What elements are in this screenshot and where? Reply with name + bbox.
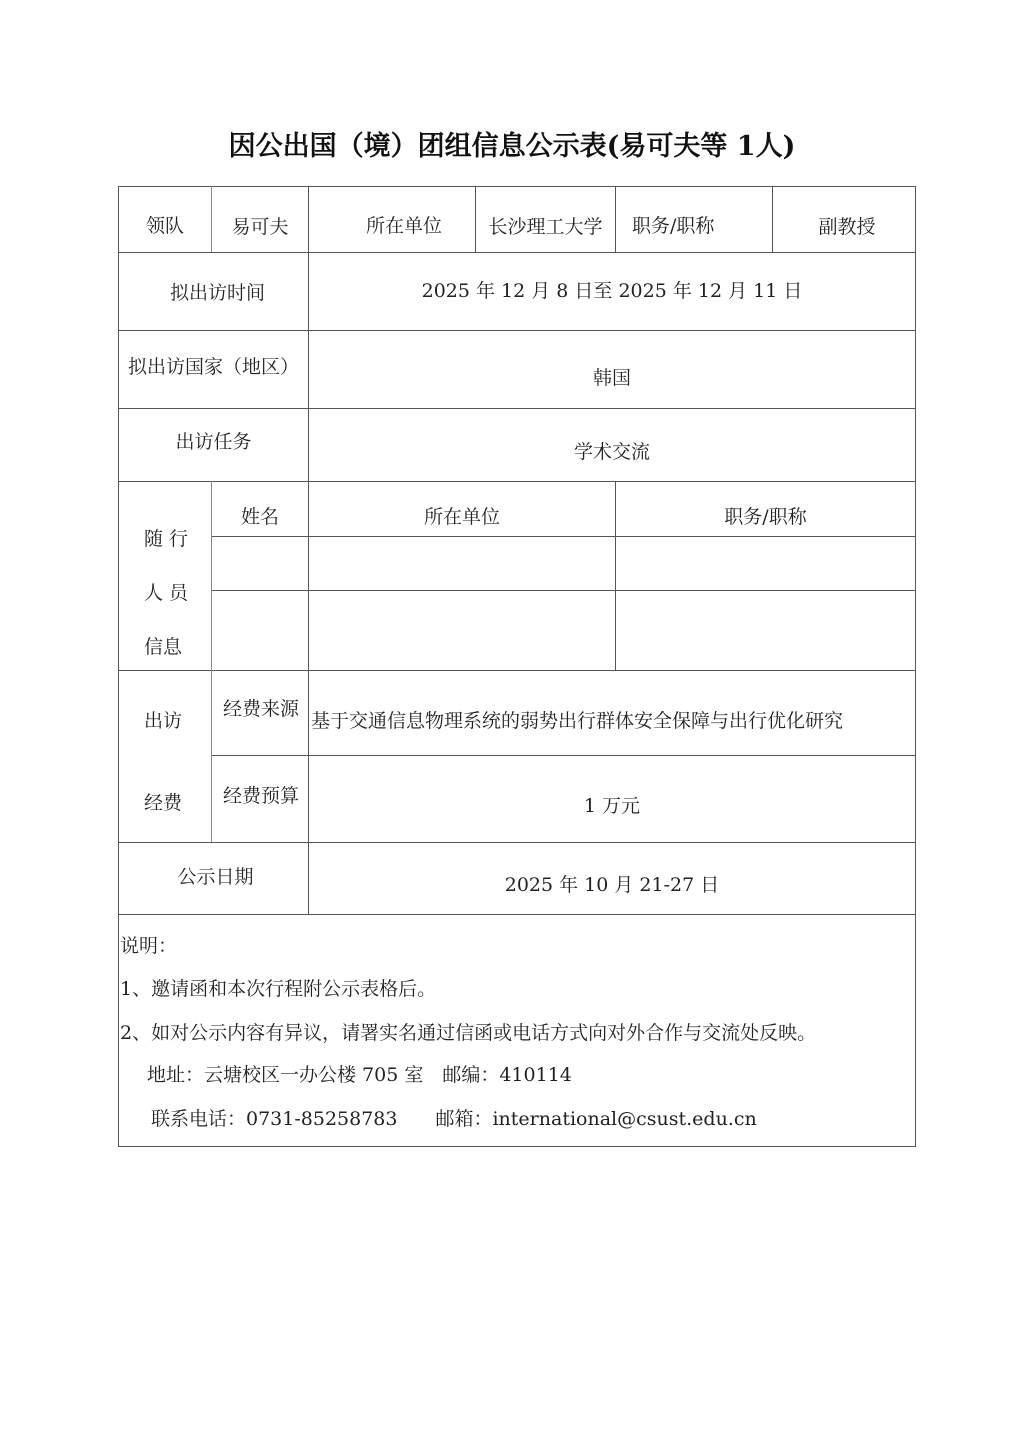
funding-budget-value: 1 万元 [309, 756, 915, 842]
notes-item-1: 1、邀请函和本次行程附公示表格后。 [120, 974, 436, 1001]
position-label: 职务/职称 [616, 187, 772, 252]
companions-header-unit: 所在单位 [309, 482, 615, 536]
position-value: 副教授 [773, 187, 915, 252]
companions-label-line3: 信息 [144, 632, 182, 659]
notes-contact: 联系电话：0731-85258783 邮箱：international@csus… [151, 1104, 757, 1131]
companion-1-name [212, 537, 308, 590]
publicity-date-label: 公示日期 [119, 843, 308, 914]
leader-label: 领队 [119, 187, 211, 252]
funding-label-line1: 出访 [144, 706, 182, 733]
companions-header-position: 职务/职称 [616, 482, 915, 536]
visit-time-value: 2025 年 12 月 8 日至 2025 年 12 月 11 日 [309, 253, 915, 330]
visit-task-label: 出访任务 [119, 409, 308, 481]
companions-header-name: 姓名 [212, 482, 308, 536]
visit-task-value: 学术交流 [309, 409, 915, 481]
companions-label-line2: 人 员 [144, 578, 188, 605]
companion-1-position [616, 537, 915, 590]
unit-value: 长沙理工大学 [476, 187, 615, 252]
companion-2-name [212, 591, 308, 670]
funding-budget-label: 经费预算 [212, 756, 308, 842]
page-title: 因公出国（境）团组信息公示表(易可夫等 1人) [0, 124, 1024, 163]
visit-country-label: 拟出访国家（地区） [119, 331, 308, 408]
notes-heading: 说明： [120, 931, 177, 958]
notes-address: 地址：云塘校区一办公楼 705 室 邮编：410114 [147, 1060, 572, 1087]
funding-source-label: 经费来源 [212, 671, 308, 755]
publicity-date-value: 2025 年 10 月 21-27 日 [309, 843, 915, 914]
companions-label-line1: 随 行 [144, 524, 188, 551]
table-border [118, 1146, 916, 1147]
companion-1-unit [309, 537, 615, 590]
companion-2-position [616, 591, 915, 670]
funding-source-value: 基于交通信息物理系统的弱势出行群体安全保障与出行优化研究 [311, 706, 843, 733]
funding-label-line2: 经费 [144, 788, 182, 815]
companion-2-unit [309, 591, 615, 670]
leader-name: 易可夫 [212, 187, 308, 252]
unit-label: 所在单位 [309, 187, 475, 252]
visit-time-label: 拟出访时间 [119, 253, 308, 330]
row-divider [118, 914, 916, 915]
visit-country-value: 韩国 [309, 331, 915, 408]
notes-item-2: 2、如对公示内容有异议，请署实名通过信函或电话方式向对外合作与交流处反映。 [120, 1018, 816, 1045]
